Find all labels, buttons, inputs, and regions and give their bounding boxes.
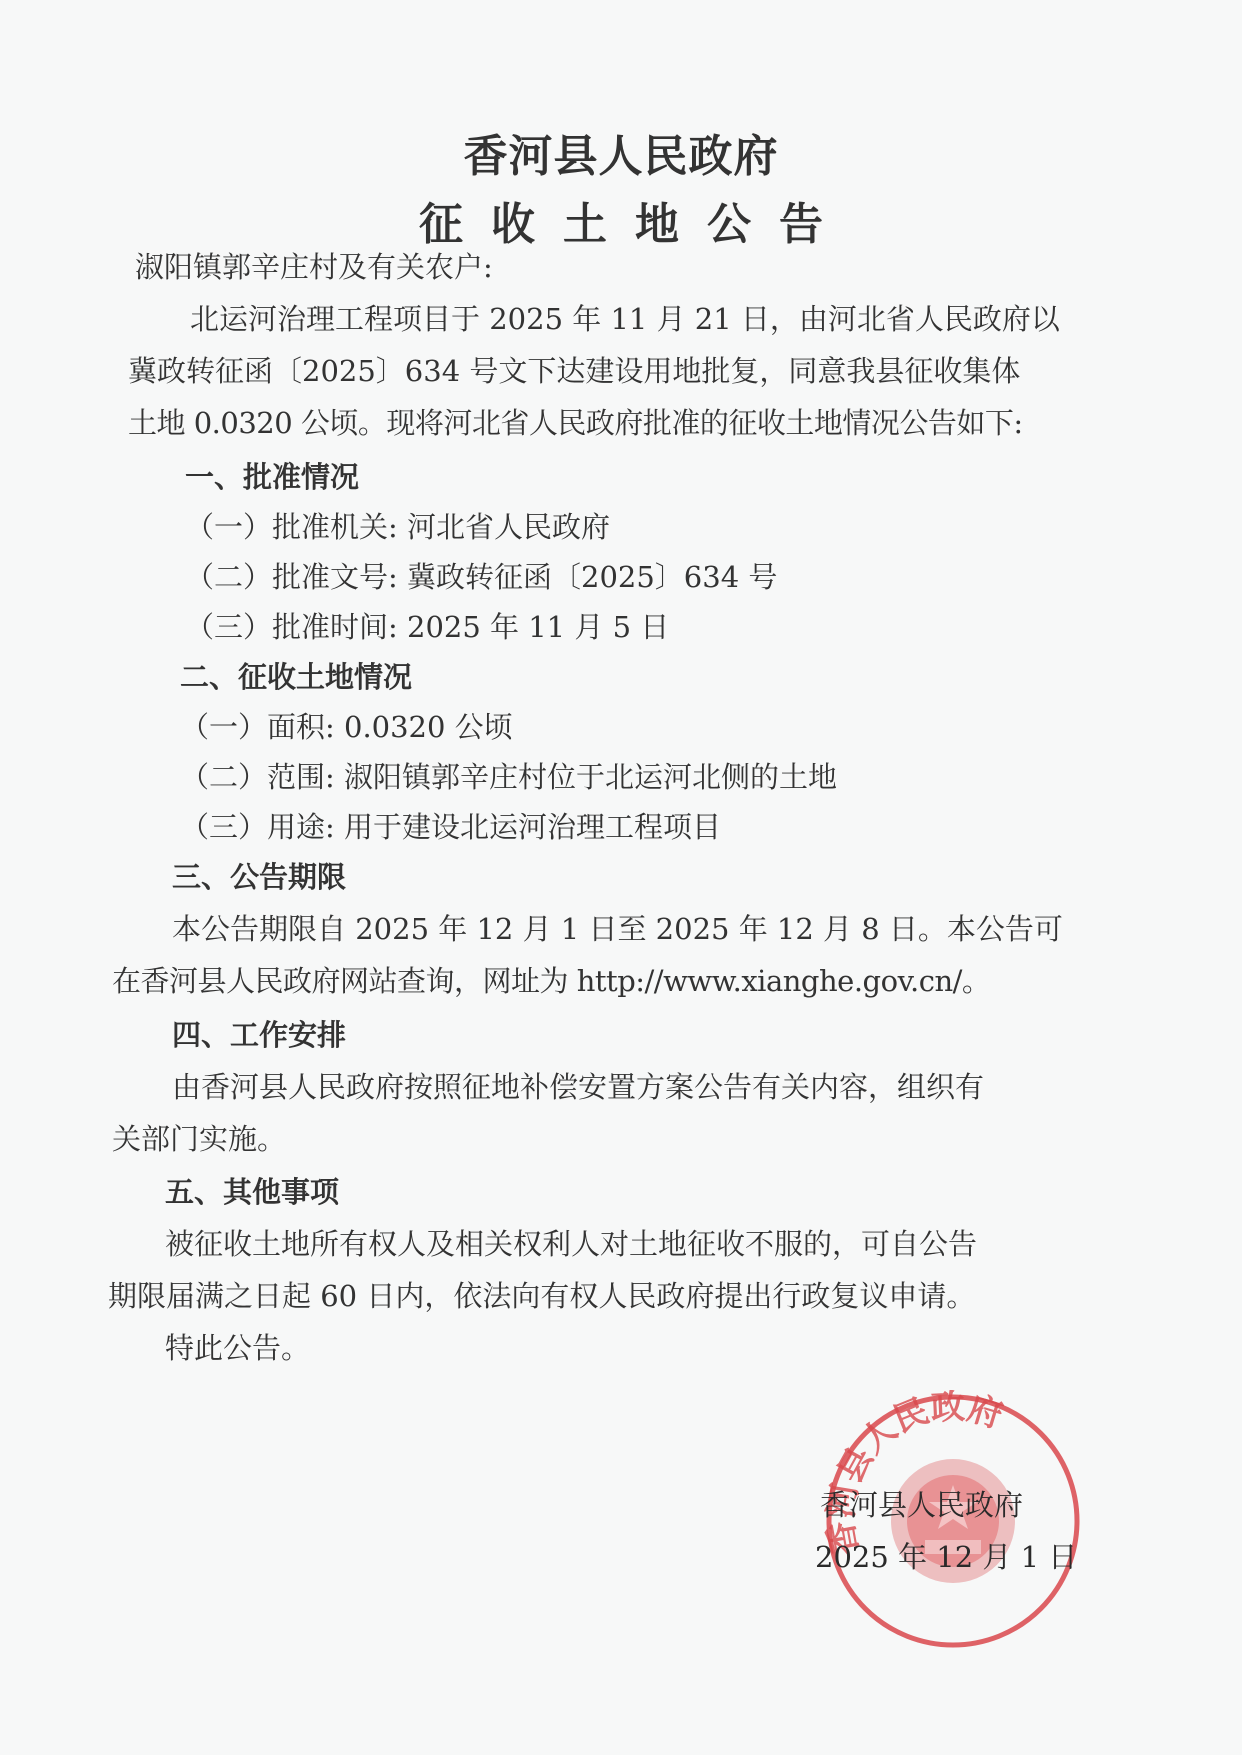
other-line-1: 被征收土地所有权人及相关权利人对土地征收不服的，可自公告 [165, 1222, 977, 1263]
section-heading-approval: 一、批准情况 [185, 455, 359, 496]
closing-text: 特此公告。 [165, 1326, 310, 1367]
period-line-1: 本公告期限自 2025 年 12 月 1 日至 2025 年 12 月 8 日。… [172, 907, 1063, 948]
signature-date: 2025 年 12 月 1 日 [815, 1535, 1077, 1576]
document-title-issuer: 香河县人民政府 [0, 120, 1242, 184]
period-line-2: 在香河县人民政府网站查询，网址为 http://www.xianghe.gov.… [112, 959, 990, 1000]
section-heading-period: 三、公告期限 [172, 855, 346, 896]
approval-doc-number: （二）批准文号: 冀政转征函〔2025〕634 号 [185, 555, 777, 596]
intro-line-2: 冀政转征函〔2025〕634 号文下达建设用地批复，同意我县征收集体 [128, 349, 1020, 390]
announcement-page: 香河县人民政府 征收土地公告 淑阳镇郭辛庄村及有关农户: 北运河治理工程项目于 … [0, 0, 1242, 1755]
section-heading-other: 五、其他事项 [165, 1170, 339, 1211]
work-line-1: 由香河县人民政府按照征地补偿安置方案公告有关内容，组织有 [172, 1065, 984, 1106]
intro-line-3: 土地 0.0320 公顷。现将河北省人民政府批准的征收土地情况公告如下: [128, 401, 1023, 442]
land-purpose: （三）用途: 用于建设北运河治理工程项目 [180, 805, 721, 846]
section-heading-work: 四、工作安排 [172, 1013, 346, 1054]
intro-line-1: 北运河治理工程项目于 2025 年 11 月 21 日，由河北省人民政府以 [190, 297, 1060, 338]
approval-date: （三）批准时间: 2025 年 11 月 5 日 [185, 605, 669, 646]
approval-authority: （一）批准机关: 河北省人民政府 [185, 505, 610, 546]
salutation: 淑阳镇郭辛庄村及有关农户: [135, 245, 493, 286]
document-title: 征收土地公告 [0, 188, 1242, 252]
land-area: （一）面积: 0.0320 公顷 [180, 705, 513, 746]
land-scope: （二）范围: 淑阳镇郭辛庄村位于北运河北侧的土地 [180, 755, 837, 796]
signature-issuer: 香河县人民政府 [820, 1483, 1023, 1524]
section-heading-land: 二、征收土地情况 [180, 655, 412, 696]
work-line-2: 关部门实施。 [112, 1117, 286, 1158]
other-line-2: 期限届满之日起 60 日内，依法向有权人民政府提出行政复议申请。 [108, 1274, 975, 1315]
